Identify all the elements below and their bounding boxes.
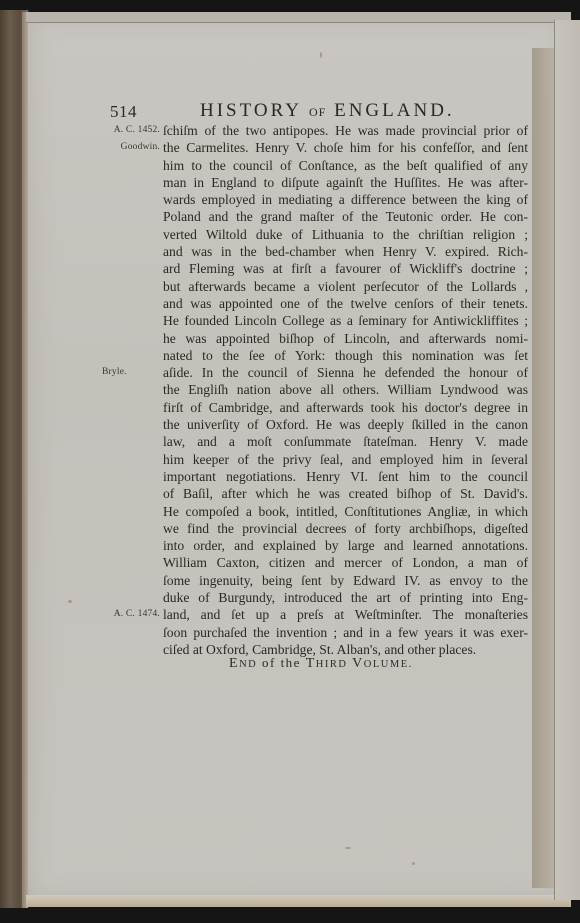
text-line: Bryle.aſide. In the council of Sienna he… bbox=[98, 364, 530, 381]
text-line: we find the provincial decrees of forty … bbox=[98, 520, 530, 537]
text-line: A. C. 1474.land, and ſet up a preſs at W… bbox=[98, 606, 530, 623]
text-line: into order, and explained by large and l… bbox=[98, 537, 530, 554]
page-bottom-edge bbox=[26, 895, 571, 907]
text-line: ard Fleming was at firſt a favourer of W… bbox=[98, 260, 530, 277]
paper-speck bbox=[412, 862, 415, 865]
page-number: 514 bbox=[110, 102, 137, 122]
text-line: of Baſil, after which he was created biſ… bbox=[98, 485, 530, 502]
text-line: Poland and the grand maſter of the Teuto… bbox=[98, 208, 530, 225]
text-line: the Engliſh nation above all others. Wil… bbox=[98, 381, 530, 398]
page-gutter-edge bbox=[22, 12, 28, 908]
text-line: wards employed in mediating a difference… bbox=[98, 191, 530, 208]
text-line: but afterwards became a violent perſecut… bbox=[98, 278, 530, 295]
text-line: he was appointed biſhop of Lincoln, and … bbox=[98, 330, 530, 347]
text-line: verted Wiltold duke of Lithuania to the … bbox=[98, 226, 530, 243]
running-title-history: HISTORY bbox=[200, 100, 301, 121]
paper-speck bbox=[345, 847, 351, 849]
book-scan: 514 HISTORY OF ENGLAND. A. C. 1452.ſchiſ… bbox=[0, 0, 580, 923]
text-line: ſoon purchaſed the invention ; and in a … bbox=[98, 624, 530, 641]
text-line: duke of Burgundy, introduced the art of … bbox=[98, 589, 530, 606]
text-line: law, and a moſt conſummate ſtateſman. He… bbox=[98, 433, 530, 450]
text-line: A. C. 1452.ſchiſm of the two antipopes. … bbox=[98, 122, 530, 139]
page-fold-shadow bbox=[532, 48, 554, 888]
running-title-england: ENGLAND. bbox=[334, 100, 455, 121]
margin-note-source: Goodwin. bbox=[98, 139, 160, 156]
text-line: man in England to diſpute againſt the Hu… bbox=[98, 174, 530, 191]
text-line: He compoſed a book, intitled, Conſtituti… bbox=[98, 503, 530, 520]
text-line: and was in the bed-chamber when Henry V.… bbox=[98, 243, 530, 260]
colophon-end-of-volume: END of the THIRD VOLUME. bbox=[229, 655, 413, 672]
text-line: important negotiations. Henry VI. ſent h… bbox=[98, 468, 530, 485]
text-line: firſt of Cambridge, and afterwards took … bbox=[98, 399, 530, 416]
text-line: him keeper of the privy ſeal, and employ… bbox=[98, 451, 530, 468]
text-line: the univerſity of Oxford. He was deeply … bbox=[98, 416, 530, 433]
margin-note-date: A. C. 1474. bbox=[98, 606, 160, 623]
margin-note-source: Bryle. bbox=[98, 364, 164, 381]
text-line: Goodwin.the Carmelites. Henry V. choſe h… bbox=[98, 139, 530, 156]
text-line: ſome ingenuity, being ſent by Edward IV.… bbox=[98, 572, 530, 589]
running-title: HISTORY OF ENGLAND. bbox=[200, 100, 455, 122]
page-top-edge bbox=[26, 12, 571, 23]
running-title-of: OF bbox=[309, 105, 326, 119]
paper-speck bbox=[68, 600, 72, 603]
adjacent-page-edge bbox=[554, 20, 580, 900]
text-line: William Caxton, citizen and mercer of Lo… bbox=[98, 554, 530, 571]
running-head: 514 HISTORY OF ENGLAND. bbox=[98, 98, 530, 122]
text-line: nated to the ſee of York: though this no… bbox=[98, 347, 530, 364]
margin-note-date: A. C. 1452. bbox=[98, 122, 160, 139]
paper-speck bbox=[320, 52, 322, 58]
body-text: A. C. 1452.ſchiſm of the two antipopes. … bbox=[98, 122, 530, 658]
page-text-block: 514 HISTORY OF ENGLAND. A. C. 1452.ſchiſ… bbox=[98, 98, 530, 658]
text-line: and was appointed one of the twelve cenſ… bbox=[98, 295, 530, 312]
text-line: him to the council of Conſtance, as the … bbox=[98, 157, 530, 174]
text-line: He founded Lincoln College as a ſeminary… bbox=[98, 312, 530, 329]
